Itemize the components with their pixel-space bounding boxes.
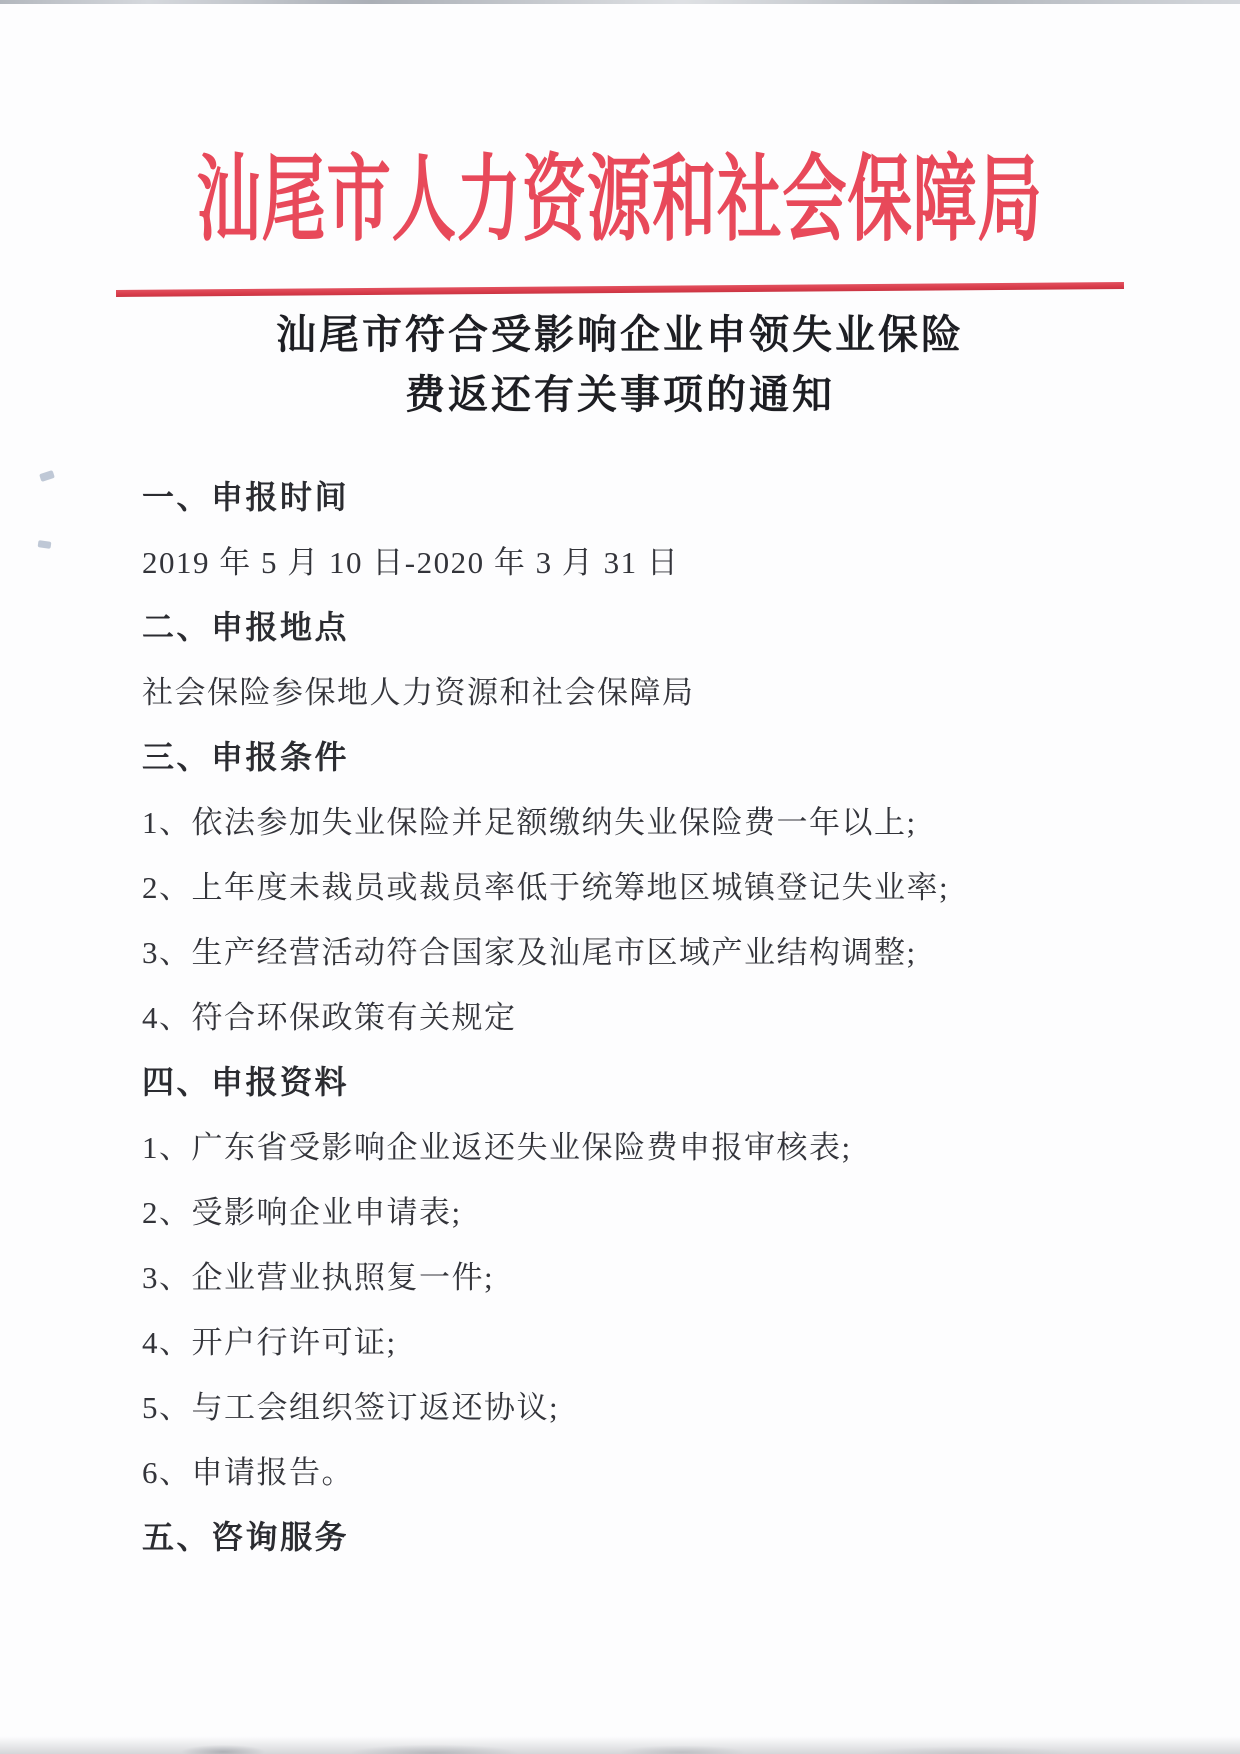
body-line: 4、开户行许可证; <box>142 1310 1150 1375</box>
scanned-notice-page: 汕尾市人力资源和社会保障局 汕尾市符合受影响企业申领失业保险 费返还有关事项的通… <box>0 0 1240 1754</box>
document-title-line2: 费返还有关事项的通知 <box>0 365 1240 425</box>
masthead-divider-rule <box>116 282 1124 297</box>
document-title-line1: 汕尾市符合受影响企业申领失业保险 <box>0 305 1240 365</box>
body-line: 2、受影响企业申请表; <box>142 1180 1150 1245</box>
body-line: 社会保险参保地人力资源和社会保障局 <box>142 660 1150 725</box>
scan-artifact-top-edge <box>0 0 1240 4</box>
body-line: 3、企业营业执照复一件; <box>142 1245 1150 1310</box>
document-title: 汕尾市符合受影响企业申领失业保险 费返还有关事项的通知 <box>0 305 1240 425</box>
section-heading-3: 三、申报条件 <box>142 725 1150 790</box>
document-body: 一、申报时间 2019 年 5 月 10 日-2020 年 3 月 31 日 二… <box>142 465 1150 1570</box>
body-line: 1、广东省受影响企业返还失业保险费申报审核表; <box>142 1115 1150 1180</box>
scan-speckle <box>38 540 52 549</box>
scan-speckle <box>39 470 55 482</box>
body-line: 4、符合环保政策有关规定 <box>142 985 1150 1050</box>
section-heading-2: 二、申报地点 <box>142 595 1150 660</box>
section-heading-1: 一、申报时间 <box>142 465 1150 530</box>
body-line: 6、申请报告。 <box>142 1440 1150 1505</box>
body-line: 3、生产经营活动符合国家及汕尾市区域产业结构调整; <box>142 920 1150 985</box>
agency-name: 汕尾市人力资源和社会保障局 <box>197 149 1043 251</box>
agency-masthead: 汕尾市人力资源和社会保障局 <box>0 150 1240 250</box>
body-line: 2019 年 5 月 10 日-2020 年 3 月 31 日 <box>142 530 1150 595</box>
section-heading-5: 五、咨询服务 <box>142 1505 1150 1570</box>
section-heading-4: 四、申报资料 <box>142 1050 1150 1115</box>
scan-artifact-bottom-smudge <box>0 1732 1240 1754</box>
body-line: 1、依法参加失业保险并足额缴纳失业保险费一年以上; <box>142 790 1150 855</box>
body-line: 5、与工会组织签订返还协议; <box>142 1375 1150 1440</box>
body-line: 2、上年度未裁员或裁员率低于统筹地区城镇登记失业率; <box>142 855 1150 920</box>
